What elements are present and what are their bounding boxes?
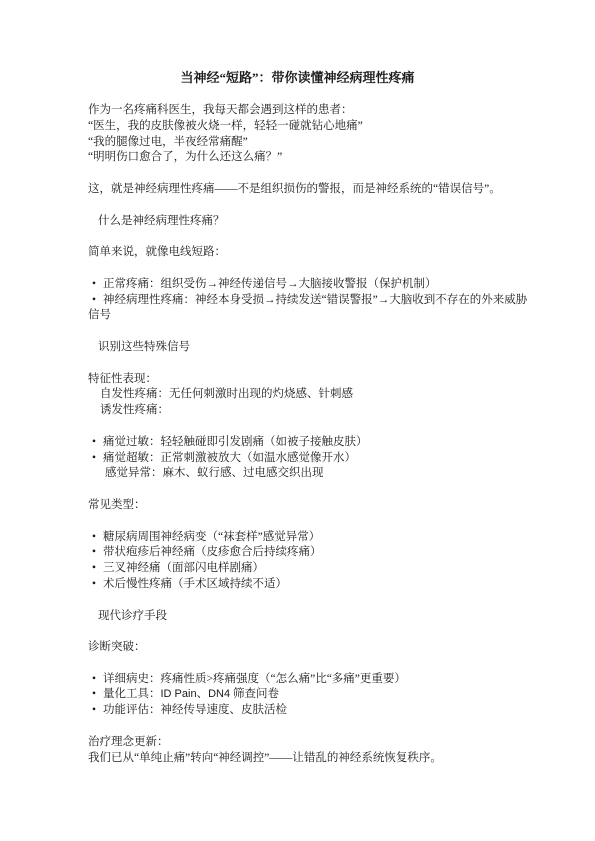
bullet-item: •带状疱疹后神经痛（皮疹愈合后持续疼痛） (88, 545, 507, 561)
paragraph-line: 作为一名疼痛科医生，我每天都会遇到这样的患者： (88, 103, 507, 119)
blank-line (88, 482, 507, 498)
bullet-marker: • (92, 577, 103, 593)
bullet-marker: • (92, 561, 103, 577)
section-heading: 什么是神经病理性疼痛？ (88, 214, 507, 230)
section-heading: 识别这些特殊信号 (88, 340, 507, 356)
indented-line: 感觉异常：麻木、蚁行感、过电感交织出现 (88, 466, 507, 482)
bullet-marker: • (92, 293, 103, 309)
blank-line (88, 419, 507, 435)
bullet-text: 痛觉超敏：正常刺激被放大（如温水感觉像开水） (103, 452, 356, 464)
bullet-text: 神经病理性疼痛：神经本身受损→持续发送“错误警报”→大脑收到不存在的外来威胁 (103, 294, 527, 306)
bullet-item: •三叉神经痛（面部闪电样剧痛） (88, 561, 507, 577)
indented-line: 诱发性疼痛： (88, 403, 507, 419)
bullet-marker: • (92, 277, 103, 293)
bullet-item: •正常疼痛：组织受伤→神经传递信号→大脑接收警报（保护机制） (88, 277, 507, 293)
bullet-text: 糖尿病周围神经病变（“袜套样”感觉异常） (103, 531, 320, 543)
bullet-marker: • (92, 545, 103, 561)
paragraph-line: 这，就是神经病理性疼痛——不是组织损伤的警报，而是神经系统的“错误信号”。 (88, 182, 507, 198)
paragraph-line: “我的腿像过电，半夜经常痛醒” (88, 135, 507, 151)
paragraph-line: 简单来说，就像电线短路： (88, 245, 507, 261)
paragraph-line: 我们已从“单纯止痛”转向“神经调控”——让错乱的神经系统恢复秩序。 (88, 751, 507, 767)
bullet-marker: • (92, 672, 103, 688)
bullet-text: 详细病史：疼痛性质>疼痛强度（“怎么痛”比“多痛”更重要） (103, 673, 406, 685)
bullet-item: •神经病理性疼痛：神经本身受损→持续发送“错误警报”→大脑收到不存在的外来威胁 (88, 293, 507, 309)
bullet-text: 术后慢性疼痛（手术区域持续不适） (103, 578, 287, 590)
paragraph-line: 常见类型： (88, 498, 507, 514)
bullet-text: 三叉神经痛（面部闪电样剧痛） (103, 562, 264, 574)
bullet-item: •痛觉超敏：正常刺激被放大（如温水感觉像开水） (88, 451, 507, 467)
blank-line (88, 514, 507, 530)
bullet-text: 痛觉过敏：轻轻触碰即引发剧痛（如被子接触皮肤） (103, 436, 368, 448)
bullet-text-latin: ID Pain (161, 688, 197, 700)
bullet-text: 筛查问卷 (230, 688, 279, 700)
paragraph-line: 信号 (88, 308, 507, 324)
bullet-marker: • (92, 530, 103, 546)
document-title: 当神经“短路”：带你读懂神经病理性疼痛 (88, 69, 507, 87)
bullet-item: •糖尿病周围神经病变（“袜套样”感觉异常） (88, 530, 507, 546)
blank-line (88, 719, 507, 735)
paragraph-line: 诊断突破： (88, 640, 507, 656)
blank-line (88, 593, 507, 609)
blank-line (88, 356, 507, 372)
blank-line (88, 198, 507, 214)
bullet-item: •详细病史：疼痛性质>疼痛强度（“怎么痛”比“多痛”更重要） (88, 672, 507, 688)
bullet-item: •术后慢性疼痛（手术区域持续不适） (88, 577, 507, 593)
bullet-text-latin: DN4 (208, 688, 230, 700)
paragraph-line: “医生，我的皮肤像被火烧一样，轻轻一碰就钻心地痛” (88, 119, 507, 135)
bullet-marker: • (92, 451, 103, 467)
bullet-text: 功能评估：神经传导速度、皮肤活检 (103, 704, 287, 716)
paragraph-line: 治疗理念更新： (88, 735, 507, 751)
bullet-text: 量化工具： (103, 688, 161, 700)
bullet-item: •量化工具：ID Pain、DN4 筛查问卷 (88, 687, 507, 703)
bullet-item: •功能评估：神经传导速度、皮肤活检 (88, 703, 507, 719)
bullet-marker: • (92, 435, 103, 451)
blank-line (88, 229, 507, 245)
bullet-text: 带状疱疹后神经痛（皮疹愈合后持续疼痛） (103, 546, 322, 558)
bullet-text: 、 (197, 688, 209, 700)
section-heading: 现代诊疗手段 (88, 609, 507, 625)
bullet-marker: • (92, 703, 103, 719)
bullet-item: •痛觉过敏：轻轻触碰即引发剧痛（如被子接触皮肤） (88, 435, 507, 451)
bullet-marker: • (92, 687, 103, 703)
blank-line (88, 261, 507, 277)
paragraph-line: 特征性表现： (88, 372, 507, 388)
bullet-text: 正常疼痛：组织受伤→神经传递信号→大脑接收警报（保护机制） (103, 278, 437, 290)
indented-line: 自发性疼痛：无任何刺激时出现的灼烧感、针刺感 (88, 387, 507, 403)
document-page: 当神经“短路”：带你读懂神经病理性疼痛 作为一名疼痛科医生，我每天都会遇到这样的… (0, 0, 595, 841)
blank-line (88, 324, 507, 340)
blank-line (88, 624, 507, 640)
blank-line (88, 166, 507, 182)
blank-line (88, 656, 507, 672)
paragraph-line: “明明伤口愈合了，为什么还这么痛？” (88, 150, 507, 166)
